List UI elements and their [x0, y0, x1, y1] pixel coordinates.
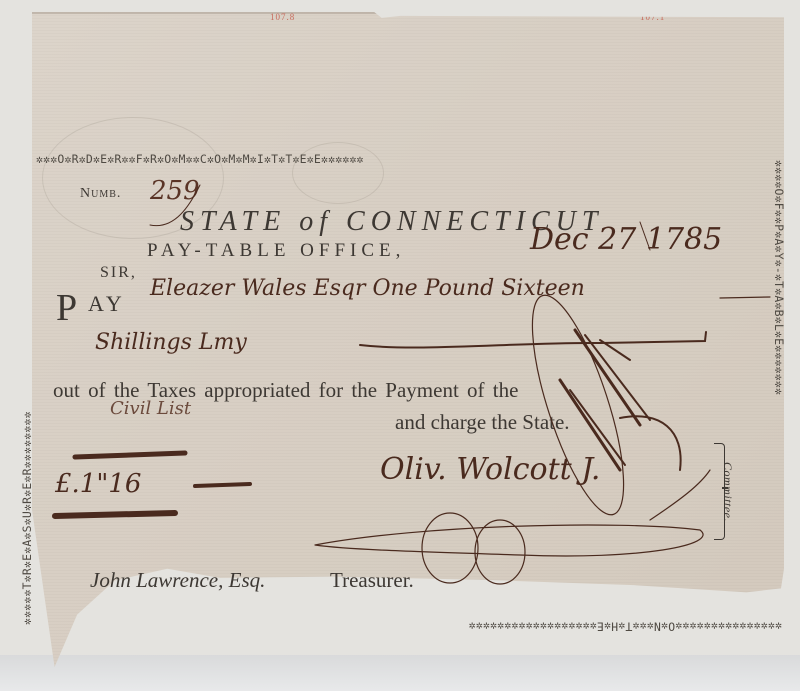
fund-civil-list: Civil List	[110, 398, 191, 419]
red-catalog-mark-right: 107.1	[640, 12, 665, 22]
scanner-bed	[0, 655, 800, 691]
border-bottom-on-the: ✲✲✲✲✲✲✲✲✲✲✲✲✲✲✲O✲N✲✲✲T✲H✲E✲✲✲✲✲✲✲✲✲✲✲✲✲✲…	[36, 620, 782, 632]
border-top-order-from-committee: ✲✲✲O✲R✲D✲E✲R✲✲F✲R✲O✲M✲✲C✲O✲M✲M✲I✲T✲T✲E✲E…	[36, 154, 782, 166]
committee-label: Committee.	[720, 462, 735, 522]
charge-line: and charge the State.	[395, 410, 570, 435]
payee-handwritten: Eleazer Wales Esqr One Pound Sixteen	[150, 276, 585, 301]
order-number: 259	[150, 176, 200, 206]
treasurer-name: John Lawrence, Esq.	[90, 568, 265, 593]
signature-wolcott: Oliv. Wolcott J.	[380, 452, 600, 487]
border-left-treasurer: ✲✲✲✲✲T✲R✲E✲A✲S✲U✲R✲E✲R✲✲✲✲✲✲✲✲	[22, 160, 34, 625]
pay-table-office: PAY-TABLE OFFICE,	[147, 240, 405, 262]
amount-figures: £.1"16	[55, 469, 141, 499]
treasurer-title: Treasurer.	[330, 568, 414, 593]
date-handwritten: Dec 27 1785	[530, 222, 722, 257]
pay-rest: AY	[88, 291, 126, 317]
ghost-offset-mark	[292, 142, 384, 204]
paper-top-edge	[32, 12, 784, 14]
pay-initial: P	[56, 286, 77, 330]
amount-words-handwritten: Shillings Lmy	[95, 330, 247, 355]
border-right-of-pay-table: ✲✲✲✲O✲F✲✲P✲A✲Y✲-✲T✲A✲B✲L✲E✲✲✲✲✲✲✲	[773, 160, 785, 625]
red-catalog-mark-left: 107.8	[270, 12, 295, 22]
salutation: SIR,	[100, 264, 137, 282]
numb-label: Numb.	[80, 186, 121, 202]
